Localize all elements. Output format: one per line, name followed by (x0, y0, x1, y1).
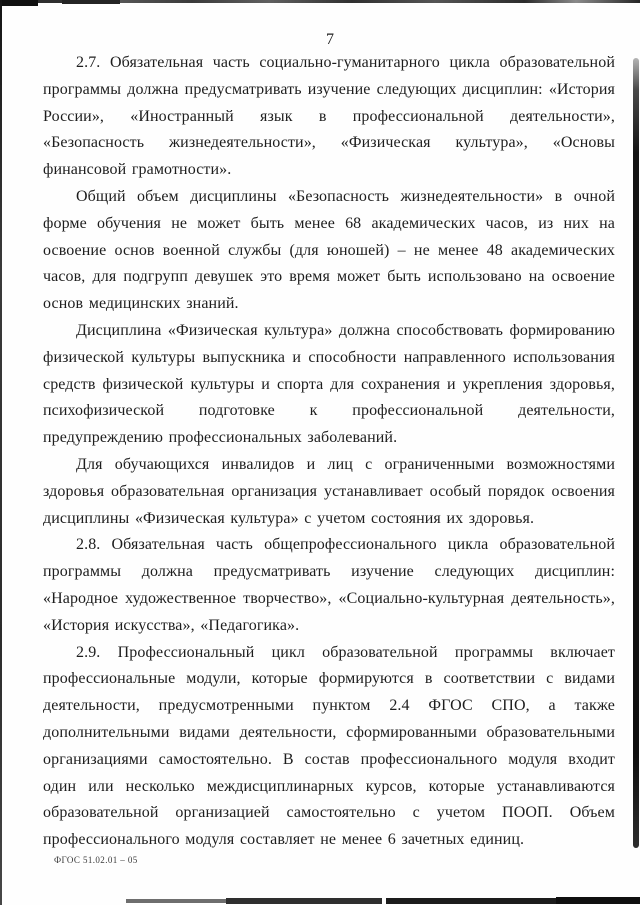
paragraph-2-9: 2.9. Профессиональный цикл образовательн… (43, 640, 615, 854)
scan-artifact-top-blot (62, 0, 120, 4)
footer-document-code: ФГОС 51.02.01 – 05 (54, 855, 138, 865)
paragraph-physical-culture: Дисциплина «Физическая культура» должна … (43, 318, 615, 452)
paragraph-bzh-volume: Общий объем дисциплины «Безопасность жиз… (43, 184, 615, 318)
scan-artifact-bottom-bar-segment (226, 898, 382, 904)
scan-artifact-bottom-bar-segment (386, 898, 556, 904)
paragraph-2-7: 2.7. Обязательная часть социально-гумани… (43, 50, 615, 184)
scan-artifact-bottom-bar-segment (126, 899, 226, 903)
document-body: 2.7. Обязательная часть социально-гумани… (43, 50, 615, 854)
scan-artifact-right-edge (633, 58, 639, 848)
scan-artifact-left-edge (0, 0, 2, 905)
scan-artifact-bottom-bar-segment (556, 897, 640, 904)
scan-artifact-top-left-blot (0, 0, 38, 6)
paragraph-disabled-students: Для обучающихся инвалидов и лиц с ограни… (43, 452, 615, 532)
paragraph-2-8: 2.8. Обязательная часть общепрофессионал… (43, 532, 615, 639)
page-number: 7 (0, 31, 640, 49)
scanned-document-page: 7 2.7. Обязательная часть социально-гума… (0, 0, 640, 905)
